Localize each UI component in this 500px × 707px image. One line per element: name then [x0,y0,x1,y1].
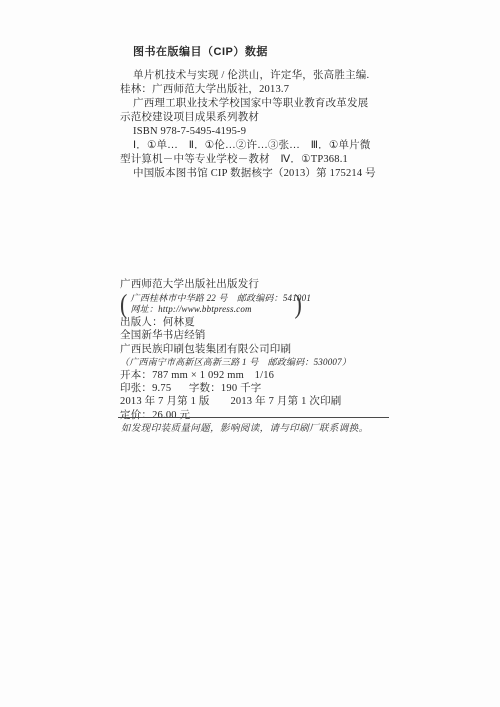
publisher-address: 广西桂林市中华路 22 号 邮政编码：541001 [131,293,295,305]
publisher-address-group: ( 广西桂林市中华路 22 号 邮政编码：541001 网址：http://ww… [120,292,420,316]
cip-publisher-line: 桂林：广西师范大学出版社，2013.7 [120,83,420,97]
word-count-value: 字数：190 千字 [189,383,262,394]
quality-note: 如发现印装质量问题，影响阅读，请与印刷厂联系调换。 [121,420,369,434]
printer-line: 广西民族印刷包装集团有限公司印刷 [120,343,420,356]
right-paren-glyph: ) [295,290,303,318]
book-copyright-page: 图书在版编目（CIP）数据 单片机技术与实现 / 伦洪山，许定华，张高胜主编. … [0,0,500,707]
cip-record-number: 中国版本图书馆 CIP 数据核字（2013）第 175214 号 [120,167,420,181]
cip-classification-line1: Ⅰ．①单… Ⅱ．①伦…②许…③张… Ⅲ．①单片微 [120,139,420,153]
distribution-line: 全国新华书店经销 [120,329,420,342]
edition-value: 2013 年 7 月第 1 版 [120,395,210,408]
cip-header: 图书在版编目（CIP）数据 [120,45,420,59]
issuer-line: 出版人：何林夏 [120,316,420,329]
publisher-line: 广西师范大学出版社出版发行 [120,278,420,291]
left-paren-glyph: ( [120,290,128,318]
footer-divider [118,417,389,418]
publication-block: 广西师范大学出版社出版发行 ( 广西桂林市中华路 22 号 邮政编码：54100… [120,278,420,422]
cip-title-line: 单片机技术与实现 / 伦洪山，许定华，张高胜主编. [120,69,420,83]
cip-series-line2: 示范校建设项目成果系列教材 [120,111,420,125]
cip-series-line1: 广西理工职业技术学校国家中等职业教育改革发展 [120,97,420,111]
cip-block: 图书在版编目（CIP）数据 单片机技术与实现 / 伦洪山，许定华，张高胜主编. … [120,45,420,181]
printer-address-line: （广西南宁市高新区高新三路 1 号 邮政编码：530007） [120,356,420,369]
cip-classification-line2: 型计算机－中等专业学校－教材 Ⅳ．①TP368.1 [120,153,420,167]
printing-value: 2013 年 7 月第 1 次印刷 [230,396,341,407]
sheets-value: 印张：9.75 [120,382,186,395]
format-line: 开本：787 mm × 1 092 mm 1/16 [120,369,420,382]
publisher-address-lines: 广西桂林市中华路 22 号 邮政编码：541001 网址：http://www.… [131,293,295,316]
edition-printing-line: 2013 年 7 月第 1 版 2013 年 7 月第 1 次印刷 [120,395,420,408]
cip-isbn: ISBN 978-7-5495-4195-9 [120,125,420,139]
sheets-wordcount-line: 印张：9.75 字数：190 千字 [120,382,420,395]
publisher-website: 网址：http://www.bbtpress.com [131,304,295,316]
